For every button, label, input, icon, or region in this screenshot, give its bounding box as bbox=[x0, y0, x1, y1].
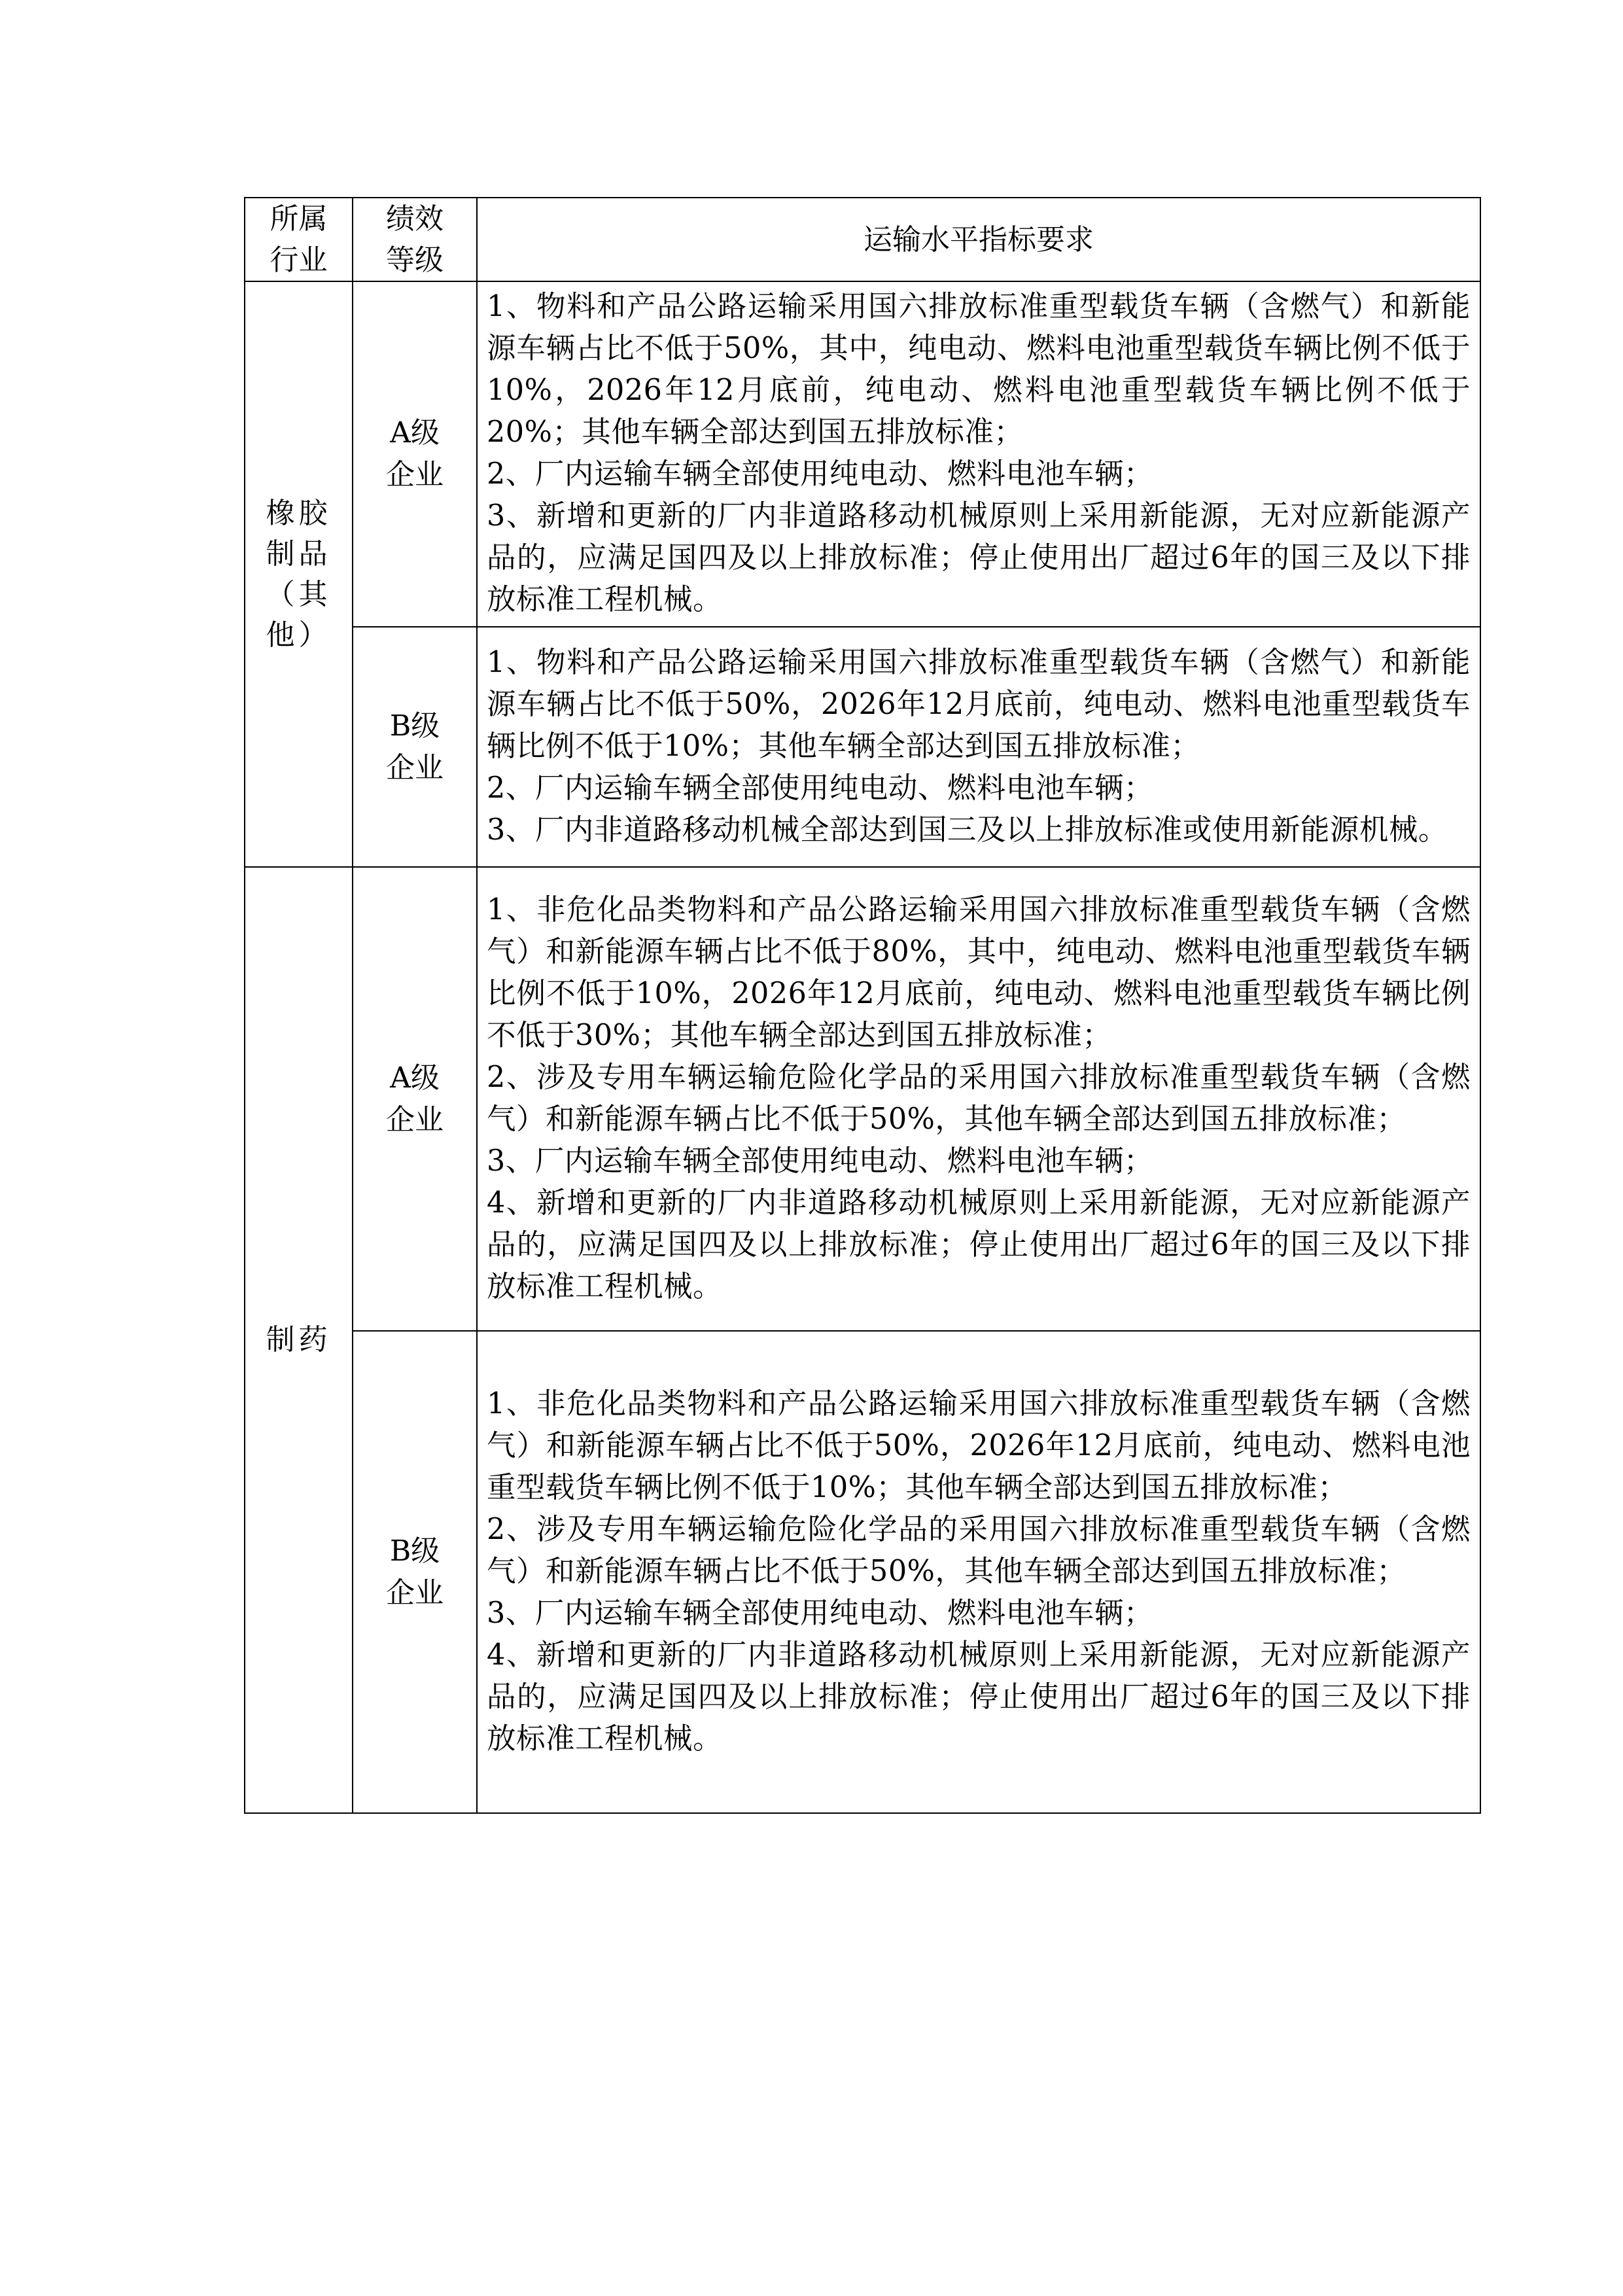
grade-label: 企业 bbox=[353, 454, 476, 496]
grade-cell-a: A级 企业 bbox=[353, 867, 477, 1331]
transport-requirements-table: 所属 行业 绩效 等级 运输水平指标要求 橡胶 制品 （其 他） A级 企业 1… bbox=[244, 197, 1481, 1814]
table-row: 制药 A级 企业 1、非危化品类物料和产品公路运输采用国六排放标准重型载货车辆（… bbox=[245, 867, 1480, 1331]
grade-label: A级 bbox=[353, 412, 476, 454]
requirement-item: 2、厂内运输车辆全部使用纯电动、燃料电池车辆； bbox=[487, 768, 1471, 809]
requirement-item: 2、厂内运输车辆全部使用纯电动、燃料电池车辆； bbox=[487, 453, 1471, 495]
requirement-item: 1、物料和产品公路运输采用国六排放标准重型载货车辆（含燃气）和新能源车辆占比不低… bbox=[487, 286, 1471, 453]
grade-cell-b: B级 企业 bbox=[353, 627, 477, 867]
requirement-item: 3、厂内运输车辆全部使用纯电动、燃料电池车辆； bbox=[487, 1140, 1471, 1182]
requirement-item: 2、涉及专用车辆运输危险化学品的采用国六排放标准重型载货车辆（含燃气）和新能源车… bbox=[487, 1057, 1471, 1140]
requirement-cell: 1、物料和产品公路运输采用国六排放标准重型载货车辆（含燃气）和新能源车辆占比不低… bbox=[477, 627, 1480, 867]
industry-name-line: 制品 bbox=[258, 534, 339, 574]
requirement-item: 3、厂内运输车辆全部使用纯电动、燃料电池车辆； bbox=[487, 1593, 1471, 1634]
requirement-cell: 1、非危化品类物料和产品公路运输采用国六排放标准重型载货车辆（含燃气）和新能源车… bbox=[477, 867, 1480, 1331]
requirement-item: 1、物料和产品公路运输采用国六排放标准重型载货车辆（含燃气）和新能源车辆占比不低… bbox=[487, 642, 1471, 768]
header-grade: 绩效 等级 bbox=[353, 198, 477, 281]
industry-name-line: 橡胶 bbox=[258, 493, 339, 534]
grade-label: B级 bbox=[353, 1530, 476, 1572]
header-grade-line: 等级 bbox=[353, 239, 476, 281]
table-row: B级 企业 1、物料和产品公路运输采用国六排放标准重型载货车辆（含燃气）和新能源… bbox=[245, 627, 1480, 867]
header-requirement: 运输水平指标要求 bbox=[477, 198, 1480, 281]
requirement-cell: 1、物料和产品公路运输采用国六排放标准重型载货车辆（含燃气）和新能源车辆占比不低… bbox=[477, 281, 1480, 627]
industry-cell-rubber: 橡胶 制品 （其 他） bbox=[245, 281, 353, 867]
grade-cell-a: A级 企业 bbox=[353, 281, 477, 627]
grade-cell-b: B级 企业 bbox=[353, 1331, 477, 1813]
industry-name-line: 他） bbox=[258, 615, 339, 656]
header-grade-line: 绩效 bbox=[353, 198, 476, 239]
requirement-cell: 1、非危化品类物料和产品公路运输采用国六排放标准重型载货车辆（含燃气）和新能源车… bbox=[477, 1331, 1480, 1813]
header-industry-line: 所属 bbox=[245, 198, 352, 239]
header-industry: 所属 行业 bbox=[245, 198, 353, 281]
requirement-item: 3、厂内非道路移动机械全部达到国三及以上排放标准或使用新能源机械。 bbox=[487, 809, 1471, 851]
industry-name-line: （其 bbox=[258, 574, 339, 615]
grade-label: 企业 bbox=[353, 1099, 476, 1141]
industry-cell-pharma: 制药 bbox=[245, 867, 353, 1813]
grade-label: 企业 bbox=[353, 747, 476, 789]
header-industry-line: 行业 bbox=[245, 239, 352, 281]
industry-name-line: 制药 bbox=[258, 1320, 339, 1360]
table-header-row: 所属 行业 绩效 等级 运输水平指标要求 bbox=[245, 198, 1480, 281]
requirement-item: 3、新增和更新的厂内非道路移动机械原则上采用新能源，无对应新能源产品的，应满足国… bbox=[487, 495, 1471, 621]
requirement-item: 1、非危化品类物料和产品公路运输采用国六排放标准重型载货车辆（含燃气）和新能源车… bbox=[487, 889, 1471, 1057]
table-row: B级 企业 1、非危化品类物料和产品公路运输采用国六排放标准重型载货车辆（含燃气… bbox=[245, 1331, 1480, 1813]
requirement-item: 1、非危化品类物料和产品公路运输采用国六排放标准重型载货车辆（含燃气）和新能源车… bbox=[487, 1383, 1471, 1509]
table-row: 橡胶 制品 （其 他） A级 企业 1、物料和产品公路运输采用国六排放标准重型载… bbox=[245, 281, 1480, 627]
document-page: 所属 行业 绩效 等级 运输水平指标要求 橡胶 制品 （其 他） A级 企业 1… bbox=[0, 0, 1623, 2296]
grade-label: A级 bbox=[353, 1057, 476, 1099]
requirement-item: 4、新增和更新的厂内非道路移动机械原则上采用新能源，无对应新能源产品的，应满足国… bbox=[487, 1634, 1471, 1760]
requirement-item: 4、新增和更新的厂内非道路移动机械原则上采用新能源，无对应新能源产品的，应满足国… bbox=[487, 1182, 1471, 1308]
grade-label: 企业 bbox=[353, 1572, 476, 1614]
requirement-item: 2、涉及专用车辆运输危险化学品的采用国六排放标准重型载货车辆（含燃气）和新能源车… bbox=[487, 1509, 1471, 1593]
grade-label: B级 bbox=[353, 705, 476, 747]
